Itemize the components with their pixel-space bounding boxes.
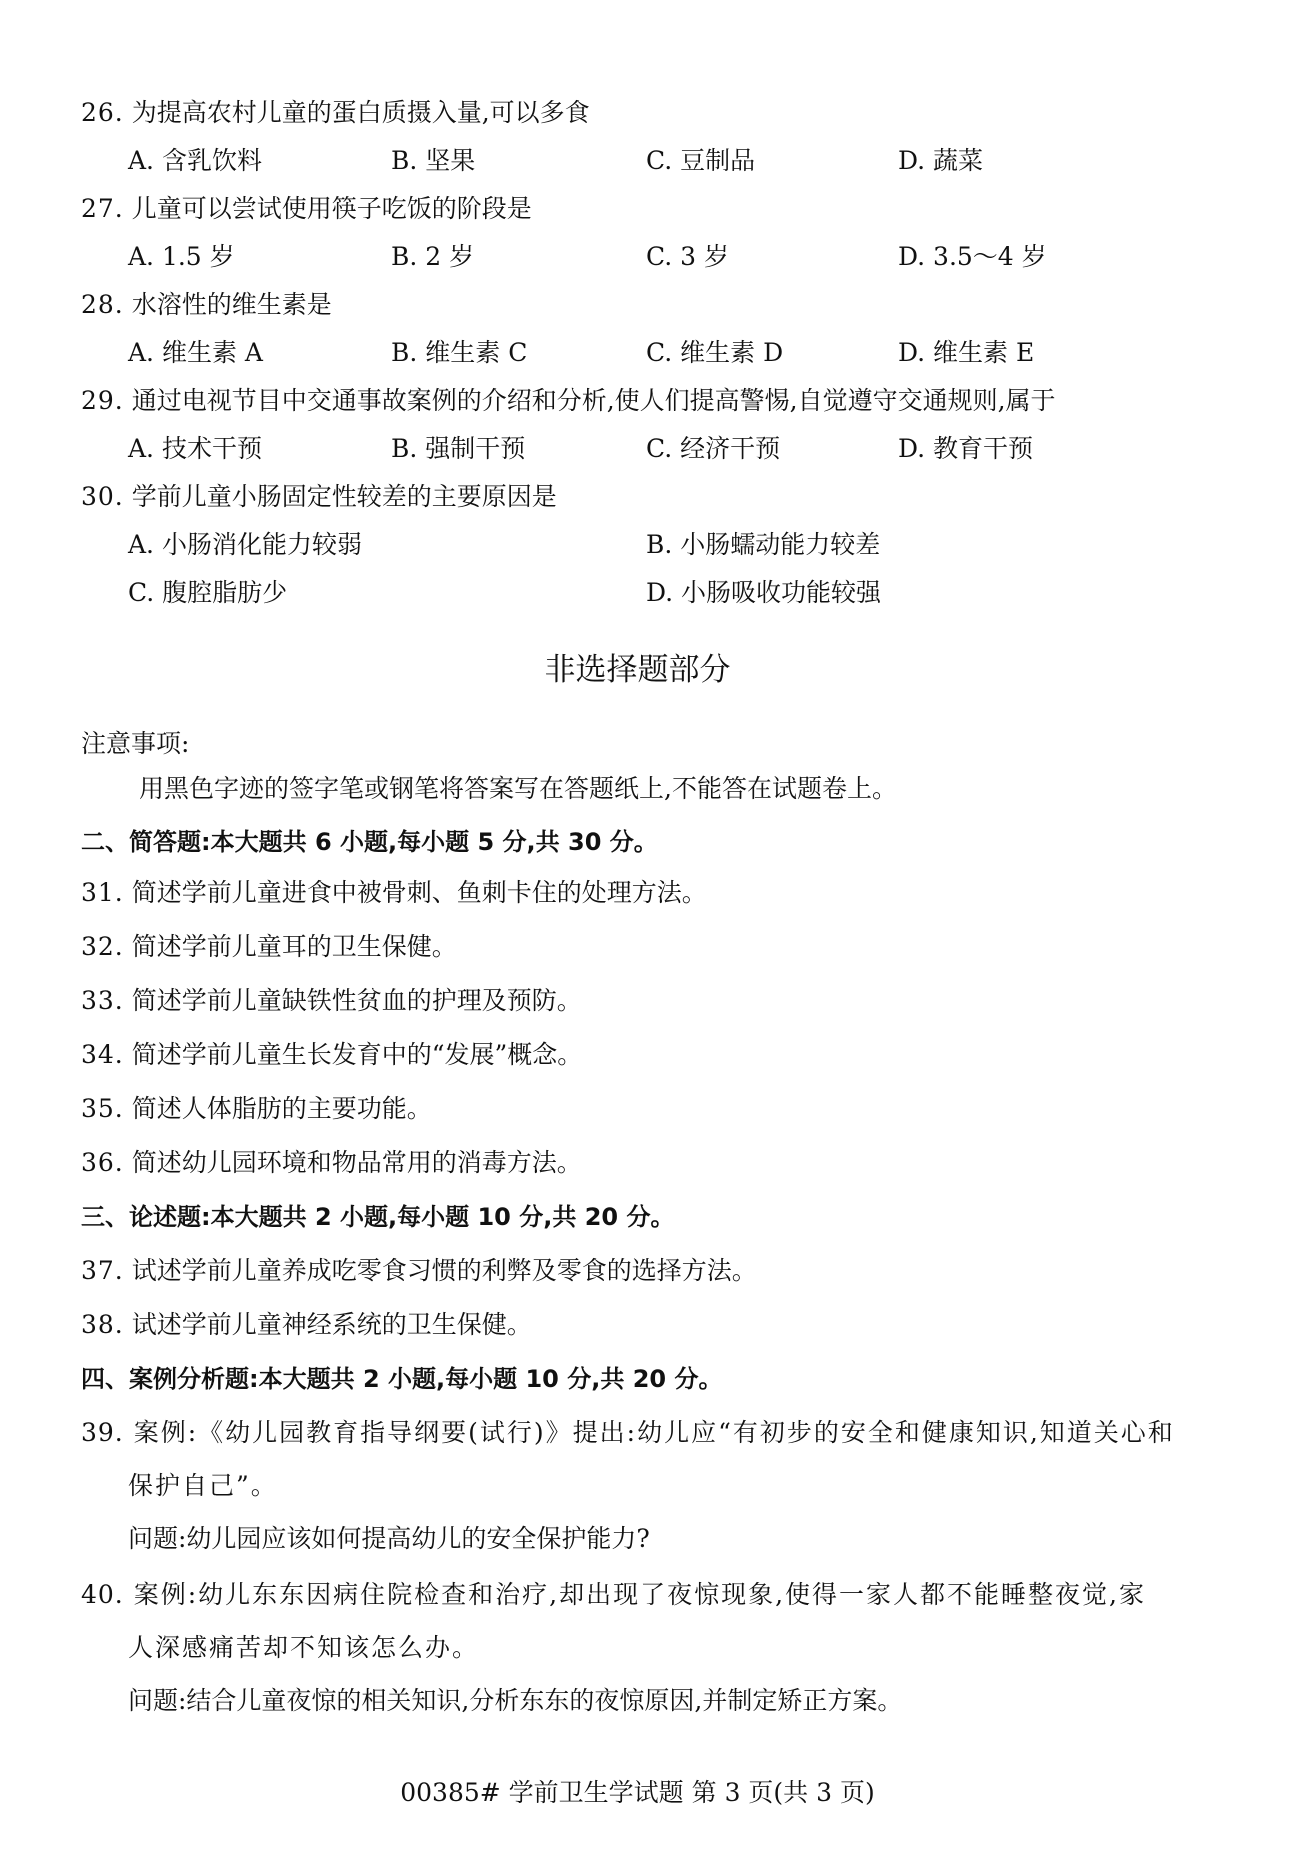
section-title: 非选择题部分 (0, 650, 1275, 690)
page-footer: 00385# 学前卫生学试题 第 3 页(共 3 页) (0, 1777, 1275, 1809)
question-stem: 水溶性的维生素是 (132, 290, 332, 319)
question-40-case-continued: 人深感痛苦却不知该怎么办。 (128, 1632, 479, 1664)
question-31: 31. 简述学前儿童进食中被骨刺、鱼刺卡住的处理方法。 (81, 877, 707, 909)
question-40: 40. 案例:幼儿东东因病住院检查和治疗,却出现了夜惊现象,使得一家人都不能睡整… (81, 1579, 1146, 1611)
option-c: C. 3 岁 (646, 241, 729, 273)
option-d: D. 教育干预 (898, 433, 1033, 465)
question-text: 简述幼儿园环境和物品常用的消毒方法。 (132, 1148, 582, 1177)
question-text: 简述学前儿童耳的卫生保健。 (132, 932, 457, 961)
option-b: B. 小肠蠕动能力较差 (646, 529, 880, 561)
question-number: 27. (81, 194, 124, 223)
question-26: 26. 为提高农村儿童的蛋白质摄入量,可以多食 (81, 97, 590, 129)
question-number: 37. (81, 1256, 124, 1285)
option-d: D. 维生素 E (898, 337, 1034, 369)
option-c: C. 维生素 D (646, 337, 783, 369)
option-d: D. 小肠吸收功能较强 (646, 577, 881, 609)
section-heading-short-answer: 二、简答题:本大题共 6 小题,每小题 5 分,共 30 分。 (81, 826, 658, 858)
option-a: A. 1.5 岁 (128, 241, 235, 273)
section-heading-essay: 三、论述题:本大题共 2 小题,每小题 10 分,共 20 分。 (81, 1201, 674, 1233)
question-stem: 学前儿童小肠固定性较差的主要原因是 (132, 482, 557, 511)
question-stem: 儿童可以尝试使用筷子吃饭的阶段是 (132, 194, 532, 223)
question-stem: 为提高农村儿童的蛋白质摄入量,可以多食 (132, 98, 590, 127)
option-c: C. 豆制品 (646, 145, 755, 177)
question-number: 32. (81, 932, 124, 961)
case-text: 案例:幼儿东东因病住院检查和治疗,却出现了夜惊现象,使得一家人都不能睡整夜觉,家 (134, 1580, 1146, 1609)
question-38: 38. 试述学前儿童神经系统的卫生保健。 (81, 1309, 532, 1341)
question-32: 32. 简述学前儿童耳的卫生保健。 (81, 931, 457, 963)
question-33: 33. 简述学前儿童缺铁性贫血的护理及预防。 (81, 985, 582, 1017)
case-text: 案例:《幼儿园教育指导纲要(试行)》提出:幼儿应“有初步的安全和健康知识,知道关… (134, 1418, 1175, 1447)
question-39: 39. 案例:《幼儿园教育指导纲要(试行)》提出:幼儿应“有初步的安全和健康知识… (81, 1417, 1175, 1449)
question-39-case-continued: 保护自己”。 (128, 1470, 278, 1502)
option-b: B. 坚果 (391, 145, 475, 177)
question-39-prompt: 问题:幼儿园应该如何提高幼儿的安全保护能力? (128, 1523, 650, 1555)
question-29: 29. 通过电视节目中交通事故案例的介绍和分析,使人们提高警惕,自觉遵守交通规则… (81, 385, 1056, 417)
question-number: 36. (81, 1148, 124, 1177)
notice-text: 用黑色字迹的签字笔或钢笔将答案写在答题纸上,不能答在试题卷上。 (139, 773, 897, 805)
question-text: 简述人体脂肪的主要功能。 (132, 1094, 432, 1123)
question-number: 39. (81, 1418, 124, 1447)
notice-label: 注意事项: (81, 728, 189, 760)
question-number: 40. (81, 1580, 124, 1609)
question-text: 试述学前儿童神经系统的卫生保健。 (132, 1310, 532, 1339)
question-number: 30. (81, 482, 124, 511)
question-number: 38. (81, 1310, 124, 1339)
question-35: 35. 简述人体脂肪的主要功能。 (81, 1093, 432, 1125)
question-34: 34. 简述学前儿童生长发育中的“发展”概念。 (81, 1039, 582, 1071)
section-heading-case-analysis: 四、案例分析题:本大题共 2 小题,每小题 10 分,共 20 分。 (81, 1363, 722, 1395)
question-text: 简述学前儿童生长发育中的“发展”概念。 (132, 1040, 583, 1069)
question-number: 29. (81, 386, 124, 415)
question-text: 简述学前儿童缺铁性贫血的护理及预防。 (132, 986, 582, 1015)
option-b: B. 维生素 C (391, 337, 527, 369)
question-number: 26. (81, 98, 124, 127)
option-b: B. 2 岁 (391, 241, 474, 273)
question-number: 28. (81, 290, 124, 319)
option-a: A. 维生素 A (128, 337, 263, 369)
option-a: A. 含乳饮料 (128, 145, 262, 177)
question-text: 简述学前儿童进食中被骨刺、鱼刺卡住的处理方法。 (132, 878, 707, 907)
option-b: B. 强制干预 (391, 433, 525, 465)
option-c: C. 腹腔脂肪少 (128, 577, 287, 609)
question-number: 35. (81, 1094, 124, 1123)
question-37: 37. 试述学前儿童养成吃零食习惯的利弊及零食的选择方法。 (81, 1255, 757, 1287)
option-a: A. 技术干预 (128, 433, 262, 465)
option-a: A. 小肠消化能力较弱 (128, 529, 362, 561)
option-d: D. 蔬菜 (898, 145, 983, 177)
question-stem: 通过电视节目中交通事故案例的介绍和分析,使人们提高警惕,自觉遵守交通规则,属于 (132, 386, 1056, 415)
question-number: 33. (81, 986, 124, 1015)
question-text: 试述学前儿童养成吃零食习惯的利弊及零食的选择方法。 (132, 1256, 757, 1285)
option-d: D. 3.5～4 岁 (898, 241, 1047, 273)
question-36: 36. 简述幼儿园环境和物品常用的消毒方法。 (81, 1147, 582, 1179)
question-28: 28. 水溶性的维生素是 (81, 289, 332, 321)
option-c: C. 经济干预 (646, 433, 780, 465)
question-40-prompt: 问题:结合儿童夜惊的相关知识,分析东东的夜惊原因,并制定矫正方案。 (128, 1685, 902, 1717)
question-number: 34. (81, 1040, 124, 1069)
question-27: 27. 儿童可以尝试使用筷子吃饭的阶段是 (81, 193, 532, 225)
question-number: 31. (81, 878, 124, 907)
question-30: 30. 学前儿童小肠固定性较差的主要原因是 (81, 481, 557, 513)
